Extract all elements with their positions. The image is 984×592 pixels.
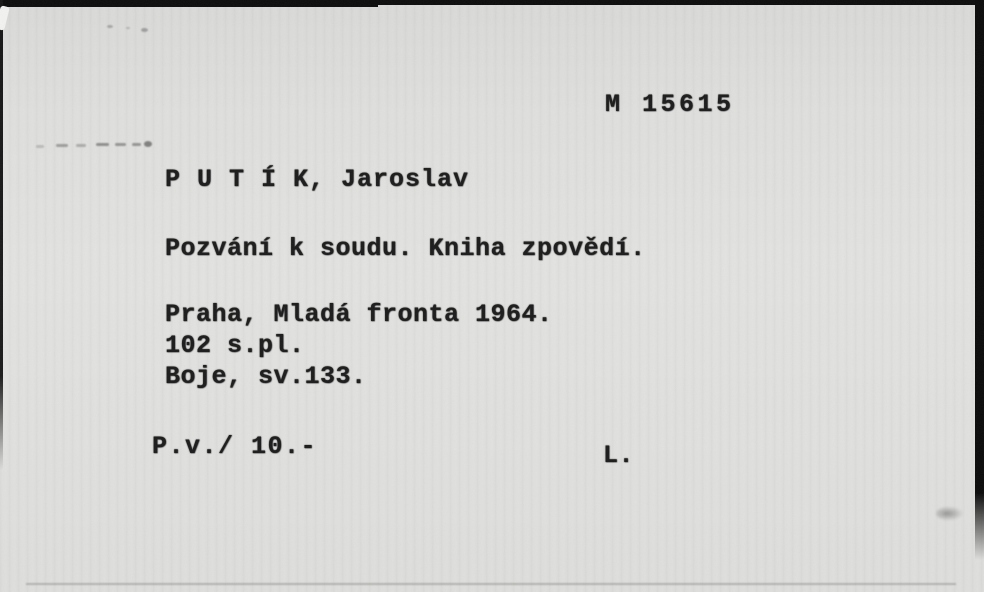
paper-grain-overlay <box>0 0 984 592</box>
scan-edge-top-thick <box>0 0 378 7</box>
title-line: Pozvání k soudu. Kniha zpovědí. <box>165 236 646 261</box>
series-line: Boje, sv.133. <box>165 364 367 389</box>
call-number: M 15615 <box>605 92 735 117</box>
scan-corner-notch <box>0 5 10 30</box>
price-line: P.v./ 10.- <box>152 434 317 459</box>
scan-edge-left <box>0 0 3 470</box>
cataloguer-initial: L. <box>603 443 634 468</box>
card-bottom-edge <box>26 583 956 585</box>
ink-smudge <box>936 506 964 521</box>
collation-line: 102 s.pl. <box>165 333 305 358</box>
catalog-card-scan: M 15615 P U T Í K, Jaroslav Pozvání k so… <box>0 0 984 592</box>
scan-edge-right <box>975 0 984 560</box>
imprint-line: Praha, Mladá fronta 1964. <box>165 302 553 327</box>
author-heading: P U T Í K, Jaroslav <box>165 167 469 192</box>
